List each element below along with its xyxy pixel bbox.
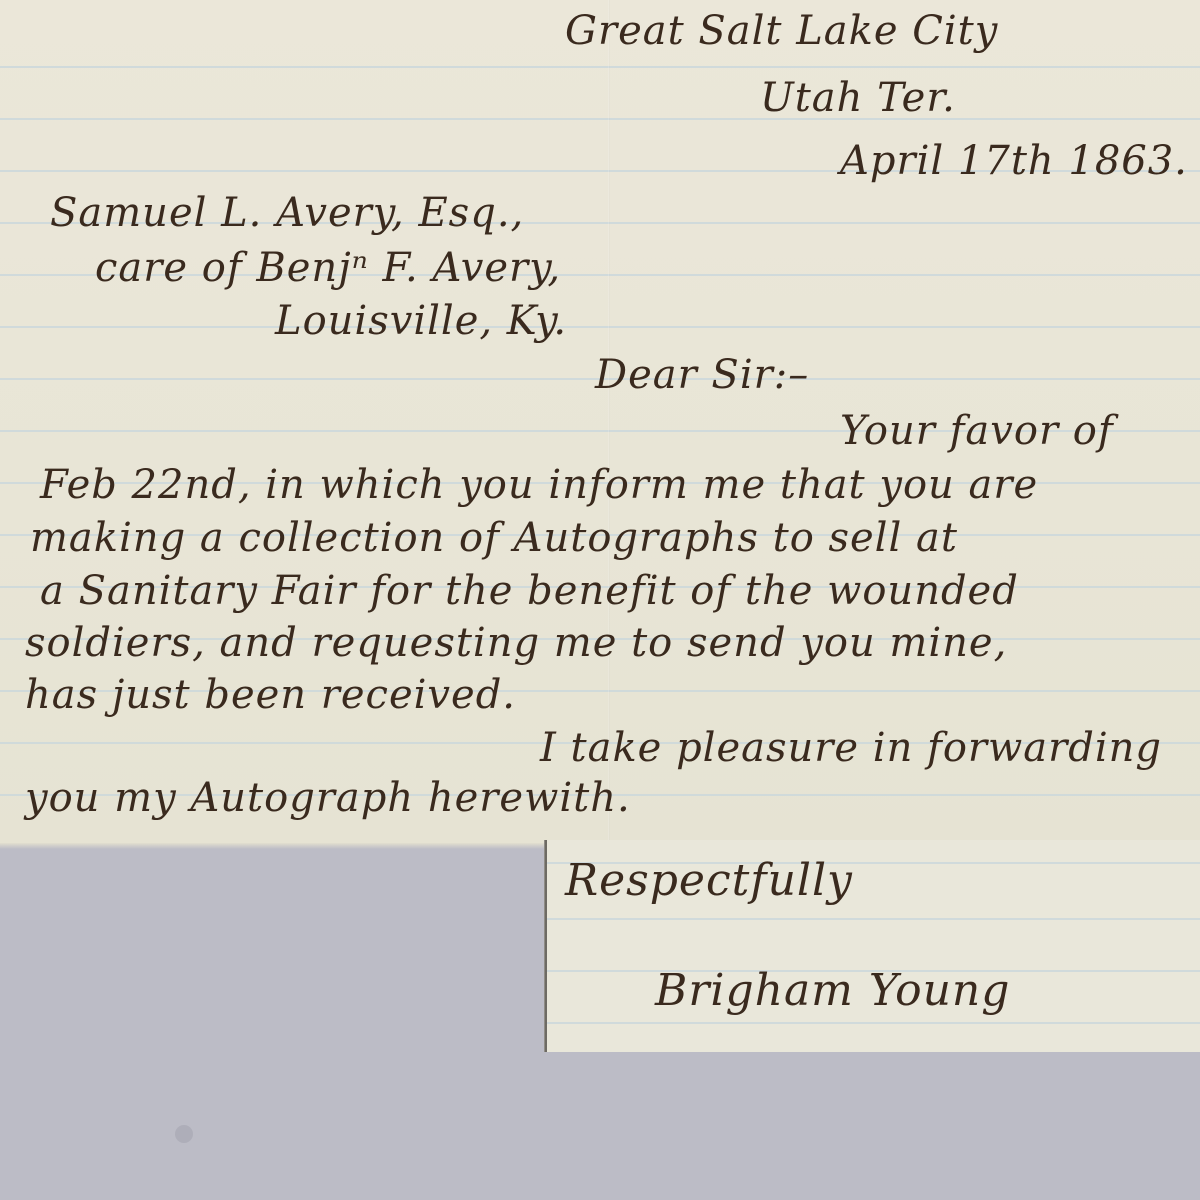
- body-line-3: making a collection of Autographs to sel…: [30, 515, 958, 561]
- address-line3: Louisville, Ky.: [275, 298, 567, 344]
- header-place-line2: Utah Ter.: [760, 75, 956, 121]
- body-line-6: has just been received.: [25, 672, 516, 718]
- body-line-4: a Sanitary Fair for the benefit of the w…: [40, 568, 1019, 614]
- body-line-7: I take pleasure in forwarding: [540, 725, 1162, 771]
- torn-paper-edge: [0, 843, 548, 849]
- signature: Brigham Young: [655, 965, 1010, 1016]
- header-date: April 17th 1863.: [840, 138, 1188, 184]
- salutation: Dear Sir:–: [595, 352, 809, 398]
- body-line-2: Feb 22nd, in which you inform me that yo…: [40, 462, 1038, 508]
- address-line1: Samuel L. Avery, Esq.,: [50, 190, 524, 236]
- body-line-5: soldiers, and requesting me to send you …: [25, 620, 1007, 666]
- header-place-line1: Great Salt Lake City: [565, 8, 998, 54]
- body-line-8: you my Autograph herewith.: [25, 775, 631, 821]
- mount-stain: [175, 1125, 193, 1143]
- address-line2: care of Benjⁿ F. Avery,: [95, 245, 561, 291]
- paper-fold: [608, 0, 610, 848]
- body-line-1: Your favor of: [840, 408, 1114, 454]
- closing: Respectfully: [565, 855, 853, 906]
